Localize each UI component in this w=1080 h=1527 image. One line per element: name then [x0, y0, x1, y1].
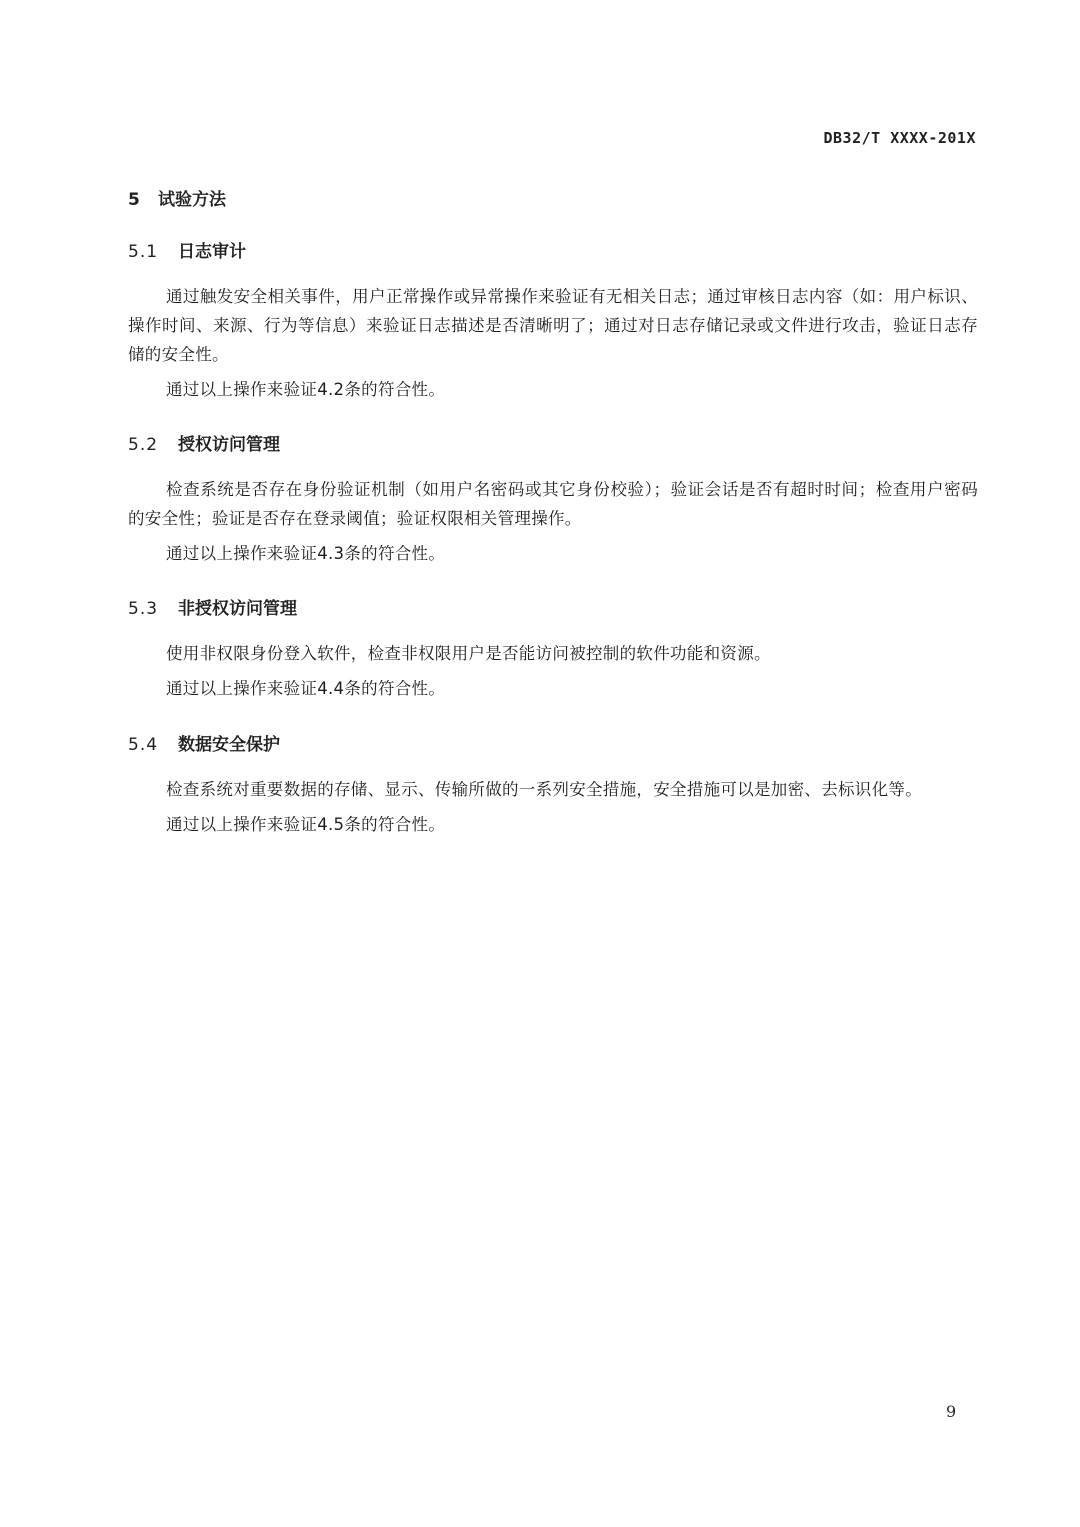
section-conclusion: 通过以上操作来验证4.2条的符合性。	[128, 375, 978, 404]
page-number: 9	[946, 1402, 956, 1421]
section-title: 数据安全保护	[178, 735, 280, 755]
section-authorized-access: 5.2授权访问管理 检查系统是否存在身份验证机制（如用户名密码或其它身份校验）；…	[128, 433, 978, 568]
section-heading: 5.3非授权访问管理	[128, 597, 978, 621]
chapter-title: 试验方法	[158, 190, 226, 210]
section-paragraph: 检查系统对重要数据的存储、显示、传输所做的一系列安全措施，安全措施可以是加密、去…	[128, 775, 978, 804]
section-conclusion: 通过以上操作来验证4.4条的符合性。	[128, 674, 978, 703]
section-number: 5.2	[128, 433, 178, 457]
section-paragraph: 使用非权限身份登入软件，检查非权限用户是否能访问被控制的软件功能和资源。	[128, 639, 978, 668]
section-title: 授权访问管理	[178, 435, 280, 455]
section-heading: 5.4数据安全保护	[128, 733, 978, 757]
section-unauthorized-access: 5.3非授权访问管理 使用非权限身份登入软件，检查非权限用户是否能访问被控制的软…	[128, 597, 978, 703]
section-paragraph: 通过触发安全相关事件，用户正常操作或异常操作来验证有无相关日志；通过审核日志内容…	[128, 282, 978, 369]
section-number: 5.1	[128, 240, 178, 264]
chapter-number: 5	[128, 190, 158, 210]
standard-code-header: DB32/T XXXX-201X	[824, 129, 977, 147]
section-heading: 5.2授权访问管理	[128, 433, 978, 457]
section-number: 5.4	[128, 733, 178, 757]
section-conclusion: 通过以上操作来验证4.5条的符合性。	[128, 810, 978, 839]
chapter-heading: 5试验方法	[128, 185, 226, 210]
section-conclusion: 通过以上操作来验证4.3条的符合性。	[128, 539, 978, 568]
section-data-security: 5.4数据安全保护 检查系统对重要数据的存储、显示、传输所做的一系列安全措施，安…	[128, 733, 978, 839]
section-log-audit: 5.1日志审计 通过触发安全相关事件，用户正常操作或异常操作来验证有无相关日志；…	[128, 240, 978, 404]
section-heading: 5.1日志审计	[128, 240, 978, 264]
section-paragraph: 检查系统是否存在身份验证机制（如用户名密码或其它身份校验）；验证会话是否有超时时…	[128, 475, 978, 533]
section-title: 日志审计	[178, 242, 246, 262]
section-title: 非授权访问管理	[178, 599, 297, 619]
section-number: 5.3	[128, 597, 178, 621]
